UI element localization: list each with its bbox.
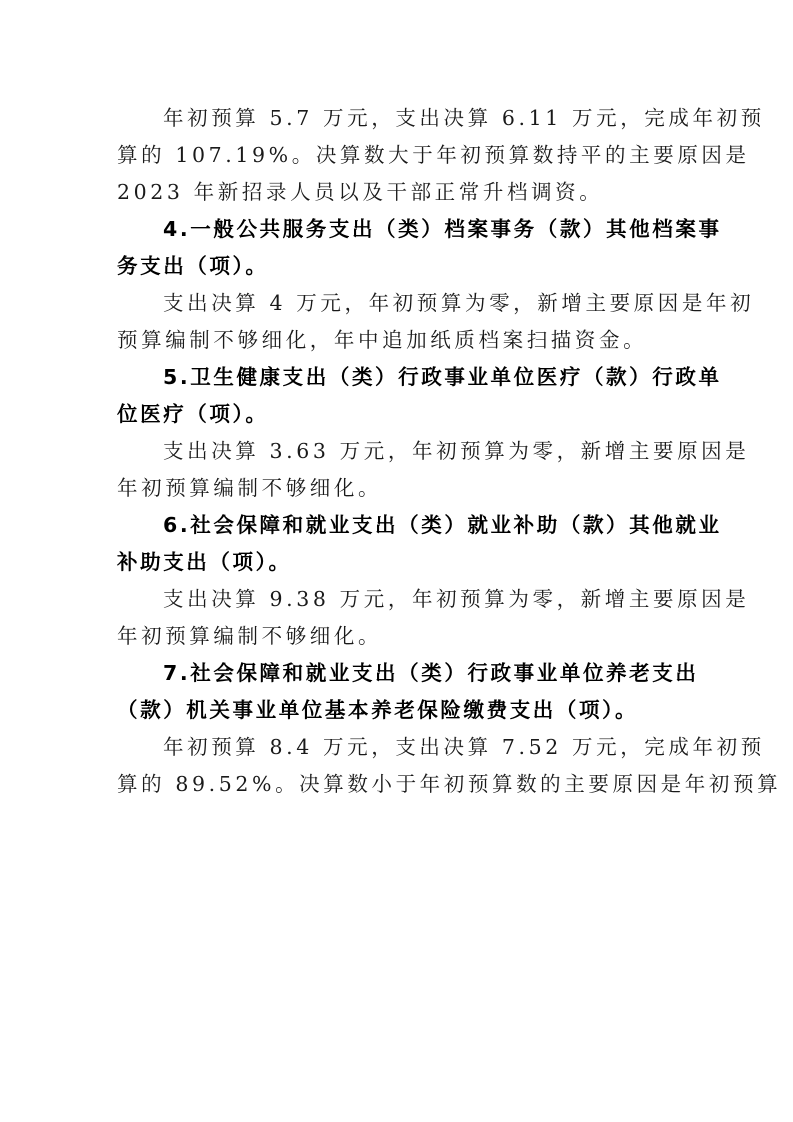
text-line: 算的 107.19%。决算数大于年初预算数持平的主要原因是 xyxy=(117,137,677,174)
text-line: 算的 89.52%。决算数小于年初预算数的主要原因是年初预算 xyxy=(117,766,677,803)
text-line: 年初预算编制不够细化。 xyxy=(117,470,677,507)
paragraph-item-6-explanation: 支出决算 9.38 万元，年初预算为零，新增主要原因是 年初预算编制不够细化。 xyxy=(117,581,677,655)
heading-item-7: 7.社会保障和就业支出（类）行政事业单位养老支出 （款）机关事业单位基本养老保险… xyxy=(117,655,677,729)
text-line: 支出决算 3.63 万元，年初预算为零，新增主要原因是 xyxy=(117,433,677,470)
text-line: 年初预算编制不够细化。 xyxy=(117,618,677,655)
paragraph-item-5-explanation: 支出决算 3.63 万元，年初预算为零，新增主要原因是 年初预算编制不够细化。 xyxy=(117,433,677,507)
text-line: 年初预算 8.4 万元，支出决算 7.52 万元，完成年初预 xyxy=(117,729,677,766)
heading-line: （款）机关事业单位基本养老保险缴费支出（项）。 xyxy=(117,692,677,729)
heading-item-6: 6.社会保障和就业支出（类）就业补助（款）其他就业 补助支出（项）。 xyxy=(117,507,677,581)
heading-line: 7.社会保障和就业支出（类）行政事业单位养老支出 xyxy=(117,655,677,692)
text-line: 预算编制不够细化，年中追加纸质档案扫描资金。 xyxy=(117,322,677,359)
paragraph-item-3-explanation: 年初预算 5.7 万元，支出决算 6.11 万元，完成年初预 算的 107.19… xyxy=(117,100,677,211)
text-line: 年初预算 5.7 万元，支出决算 6.11 万元，完成年初预 xyxy=(117,100,677,137)
heading-line: 务支出（项）。 xyxy=(117,248,677,285)
heading-line: 4.一般公共服务支出（类）档案事务（款）其他档案事 xyxy=(117,211,677,248)
heading-line: 位医疗（项）。 xyxy=(117,396,677,433)
paragraph-item-4-explanation: 支出决算 4 万元，年初预算为零，新增主要原因是年初 预算编制不够细化，年中追加… xyxy=(117,285,677,359)
document-page: 年初预算 5.7 万元，支出决算 6.11 万元，完成年初预 算的 107.19… xyxy=(117,100,677,803)
text-line: 2023 年新招录人员以及干部正常升档调资。 xyxy=(117,174,677,211)
text-line: 支出决算 4 万元，年初预算为零，新增主要原因是年初 xyxy=(117,285,677,322)
heading-line: 5.卫生健康支出（类）行政事业单位医疗（款）行政单 xyxy=(117,359,677,396)
heading-item-4: 4.一般公共服务支出（类）档案事务（款）其他档案事 务支出（项）。 xyxy=(117,211,677,285)
text-line: 支出决算 9.38 万元，年初预算为零，新增主要原因是 xyxy=(117,581,677,618)
heading-line: 补助支出（项）。 xyxy=(117,544,677,581)
heading-line: 6.社会保障和就业支出（类）就业补助（款）其他就业 xyxy=(117,507,677,544)
heading-item-5: 5.卫生健康支出（类）行政事业单位医疗（款）行政单 位医疗（项）。 xyxy=(117,359,677,433)
paragraph-item-7-explanation: 年初预算 8.4 万元，支出决算 7.52 万元，完成年初预 算的 89.52%… xyxy=(117,729,677,803)
